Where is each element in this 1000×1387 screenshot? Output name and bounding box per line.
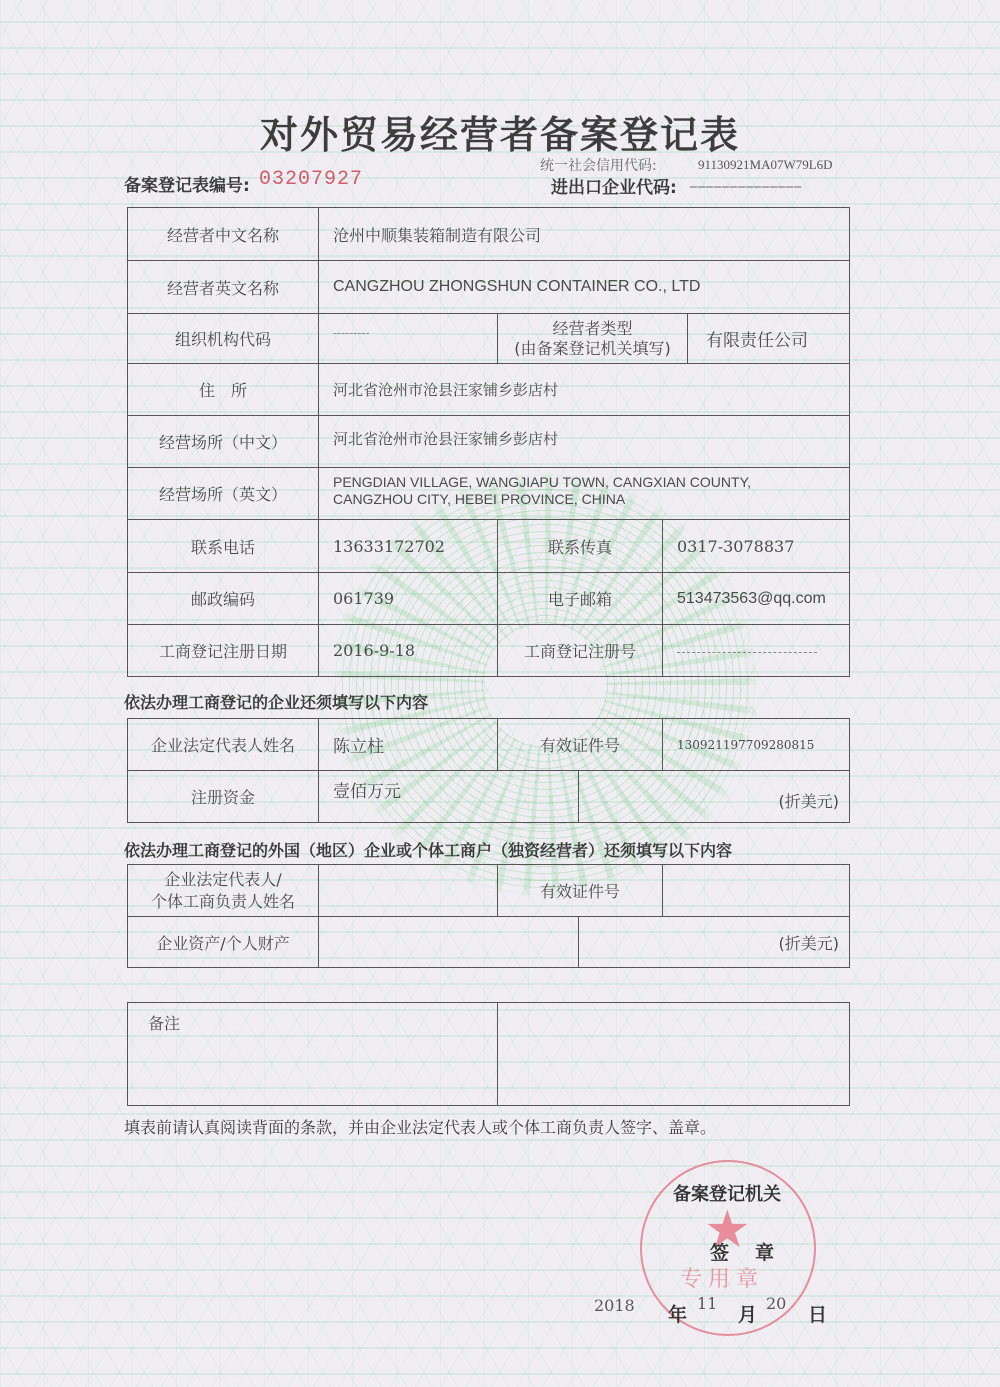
id-number-value: 130921197709280815 (663, 719, 850, 771)
section3-heading: 依法办理工商登记的外国（地区）企业或个体工商户（独资经营者）还须填写以下内容 (124, 838, 732, 861)
phone-label: 联系电话 (128, 520, 319, 573)
foreign-rep-table: 企业法定代表人/ 个体工商负责人姓名 有效证件号 企业资产/个人财产 (折美元) (127, 864, 850, 968)
operator-type-label-line2: (由备案登记机关填写) (498, 339, 687, 359)
table-row: 联系电话 13633172702 联系传真 0317-3078837 (128, 520, 850, 573)
ie-code-label: 进出口企业代码: (551, 173, 677, 198)
email-value: 513473563@qq.com (663, 573, 850, 625)
enterprise-rep-table: 企业法定代表人姓名 陈立柱 有效证件号 130921197709280815 注… (127, 718, 850, 823)
place-en-value: PENGDIAN VILLAGE, WANGJIAPU TOWN, CANGXI… (319, 468, 850, 520)
residence-label: 住 所 (128, 364, 319, 416)
fax-value: 0317-3078837 (663, 520, 850, 573)
place-en-line2: CANGZHOU CITY, HEBEI PROVINCE, CHINA (333, 491, 849, 508)
section2-heading: 依法办理工商登记的企业还须填写以下内容 (124, 690, 428, 713)
foreign-rep-label-line2: 个体工商负责人姓名 (128, 891, 318, 913)
instruction-note: 填表前请认真阅读背面的条款，并由企业法定代表人或个体工商负责人签字、盖章。 (124, 1115, 716, 1138)
serial-number-label: 备案登记表编号: (124, 171, 250, 196)
reg-no-value (663, 625, 850, 677)
postcode-value: 061739 (319, 573, 498, 625)
operator-type-label-line1: 经营者类型 (498, 319, 687, 339)
capital-label: 注册资金 (128, 771, 319, 823)
assets-label: 企业资产/个人财产 (128, 917, 319, 968)
date-year: 2018 (594, 1296, 635, 1315)
remarks-table: 备注 (127, 1002, 850, 1106)
reg-date-label: 工商登记注册日期 (128, 625, 319, 677)
place-cn-label: 经营场所（中文） (128, 416, 319, 468)
place-en-line1: PENGDIAN VILLAGE, WANGJIAPU TOWN, CANGXI… (333, 474, 849, 491)
main-info-table: 经营者中文名称 沧州中顺集装箱制造有限公司 经营者英文名称 CANGZHOU Z… (127, 207, 850, 677)
reg-date-value: 2016-9-18 (319, 625, 498, 677)
id-number-label: 有效证件号 (498, 719, 663, 771)
document-title: 对外贸易经营者备案登记表 (0, 104, 1000, 159)
residence-value: 河北省沧州市沧县汪家铺乡彭店村 (319, 364, 850, 416)
table-row: 备注 (128, 1003, 850, 1106)
table-row: 组织机构代码 --------- 经营者类型 (由备案登记机关填写) 有限责任公… (128, 314, 850, 364)
date-month-unit: 月 (738, 1300, 757, 1327)
org-code-value: --------- (319, 314, 498, 364)
table-row: 企业法定代表人姓名 陈立柱 有效证件号 130921197709280815 (128, 719, 850, 771)
table-row: 经营者中文名称 沧州中顺集装箱制造有限公司 (128, 208, 850, 261)
fax-label: 联系传真 (498, 520, 663, 573)
operator-type-label: 经营者类型 (由备案登记机关填写) (498, 314, 688, 364)
foreign-rep-value (319, 865, 498, 917)
capital-value: 壹佰万元 (319, 771, 579, 823)
foreign-id-label: 有效证件号 (498, 865, 663, 917)
table-row: 注册资金 壹佰万元 (折美元) (128, 771, 850, 823)
table-row: 企业资产/个人财产 (折美元) (128, 917, 850, 968)
registration-authority-label: 备案登记机关 (673, 1180, 781, 1206)
cn-name-value: 沧州中顺集装箱制造有限公司 (319, 208, 850, 261)
capital-usd-label: (折美元) (579, 771, 850, 823)
table-row: 工商登记注册日期 2016-9-18 工商登记注册号 (128, 625, 850, 677)
foreign-rep-label: 企业法定代表人/ 个体工商负责人姓名 (128, 865, 319, 917)
phone-value: 13633172702 (319, 520, 498, 573)
reg-no-label: 工商登记注册号 (498, 625, 663, 677)
table-row: 经营场所（中文） 河北省沧州市沧县汪家铺乡彭店村 (128, 416, 850, 468)
table-row: 经营场所（英文） PENGDIAN VILLAGE, WANGJIAPU TOW… (128, 468, 850, 520)
legal-rep-label: 企业法定代表人姓名 (128, 719, 319, 771)
table-row: 经营者英文名称 CANGZHOU ZHONGSHUN CONTAINER CO.… (128, 261, 850, 314)
table-row: 企业法定代表人/ 个体工商负责人姓名 有效证件号 (128, 865, 850, 917)
credit-code-value: 91130921MA07W79L6D (698, 157, 833, 173)
operator-type-value: 有限责任公司 (688, 314, 850, 364)
foreign-id-value (663, 865, 850, 917)
assets-usd-label: (折美元) (579, 917, 850, 968)
remarks-value (498, 1003, 850, 1106)
table-row: 住 所 河北省沧州市沧县汪家铺乡彭店村 (128, 364, 850, 416)
serial-number-value: 03207927 (259, 168, 363, 191)
signature-seal-label: 签章 (710, 1238, 800, 1265)
table-row: 邮政编码 061739 电子邮箱 513473563@qq.com (128, 573, 850, 625)
en-name-value: CANGZHOU ZHONGSHUN CONTAINER CO., LTD (319, 261, 850, 314)
date-day-unit: 日 (808, 1300, 827, 1327)
place-en-label: 经营场所（英文） (128, 468, 319, 520)
seal-text: 专用章 (680, 1262, 764, 1293)
credit-code-label: 统一社会信用代码: (540, 155, 657, 175)
postcode-label: 邮政编码 (128, 573, 319, 625)
date-day: 20 (766, 1294, 786, 1313)
foreign-rep-label-line1: 企业法定代表人/ (128, 869, 318, 891)
org-code-label: 组织机构代码 (128, 314, 319, 364)
place-cn-value: 河北省沧州市沧县汪家铺乡彭店村 (319, 416, 850, 468)
cn-name-label: 经营者中文名称 (128, 208, 319, 261)
email-label: 电子邮箱 (498, 573, 663, 625)
assets-value (319, 917, 579, 968)
remarks-label: 备注 (128, 1003, 498, 1106)
legal-rep-value: 陈立柱 (319, 719, 498, 771)
ie-code-value: ______________ (690, 172, 802, 188)
date-year-unit: 年 (668, 1300, 687, 1327)
en-name-label: 经营者英文名称 (128, 261, 319, 314)
date-month: 11 (697, 1294, 717, 1313)
